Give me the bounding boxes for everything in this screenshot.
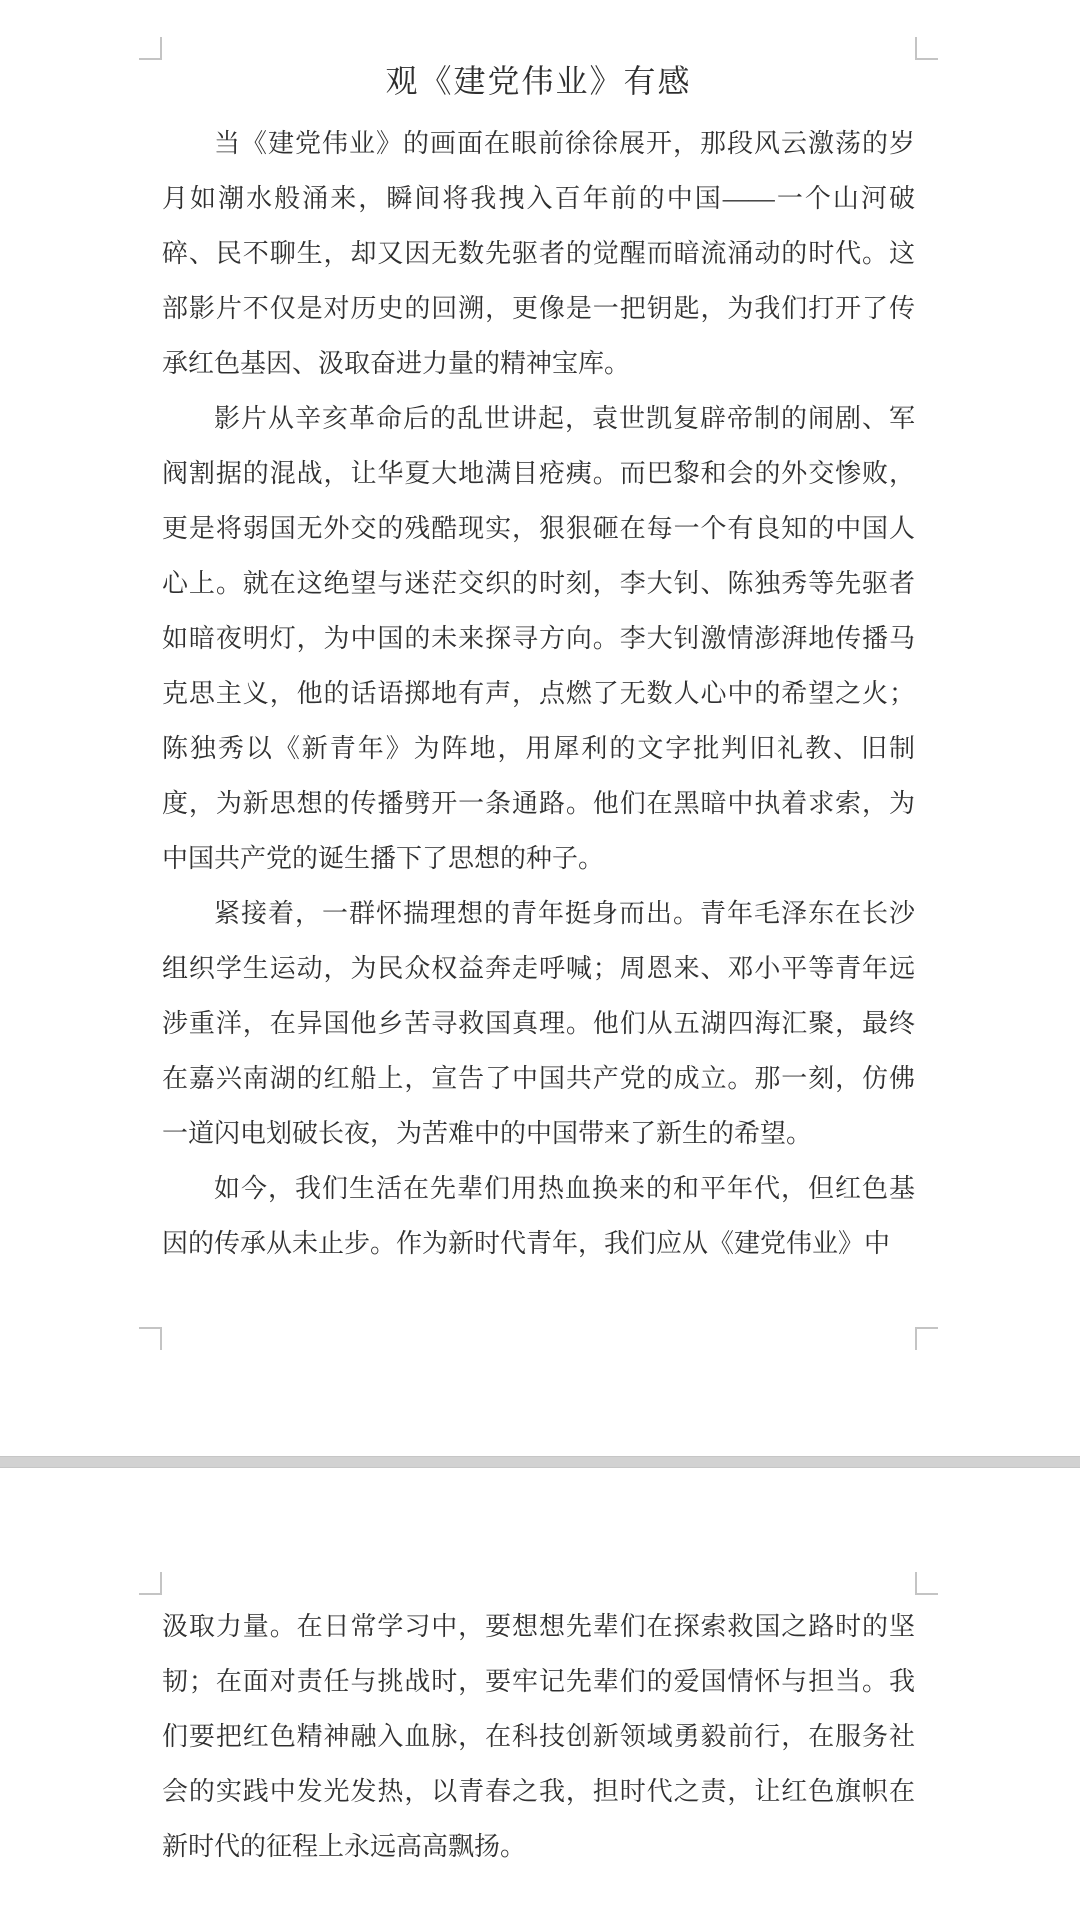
document-title: 观《建党伟业》有感 xyxy=(162,58,915,104)
paragraph-continuation: 汲取力量。在日常学习中，要想想先辈们在探索救国之路时的坚韧；在面对责任与挑战时，… xyxy=(162,1599,915,1874)
paragraph: 当《建党伟业》的画面在眼前徐徐展开，那段风云激荡的岁月如潮水般涌来，瞬间将我拽入… xyxy=(162,116,915,391)
paragraph: 影片从辛亥革命后的乱世讲起，袁世凯复辟帝制的闹剧、军阀割据的混战，让华夏大地满目… xyxy=(162,391,915,886)
paragraph: 紧接着，一群怀揣理想的青年挺身而出。青年毛泽东在长沙组织学生运动，为民众权益奔走… xyxy=(162,886,915,1161)
paragraph: 如今，我们生活在先辈们用热血换来的和平年代，但红色基因的传承从未止步。作为新时代… xyxy=(162,1161,915,1271)
margin-mark-icon xyxy=(139,1572,162,1595)
margin-mark-icon xyxy=(139,37,162,60)
margin-mark-icon xyxy=(139,1327,162,1350)
page-2-body: 汲取力量。在日常学习中，要想想先辈们在探索救国之路时的坚韧；在面对责任与挑战时，… xyxy=(162,1599,915,1874)
document-viewer: 观《建党伟业》有感 当《建党伟业》的画面在眼前徐徐展开，那段风云激荡的岁月如潮水… xyxy=(0,0,1080,1918)
page-break-gap xyxy=(0,1456,1080,1468)
margin-mark-icon xyxy=(915,37,938,60)
page-1-body: 当《建党伟业》的画面在眼前徐徐展开，那段风云激荡的岁月如潮水般涌来，瞬间将我拽入… xyxy=(162,116,915,1271)
margin-mark-icon xyxy=(915,1572,938,1595)
margin-mark-icon xyxy=(915,1327,938,1350)
